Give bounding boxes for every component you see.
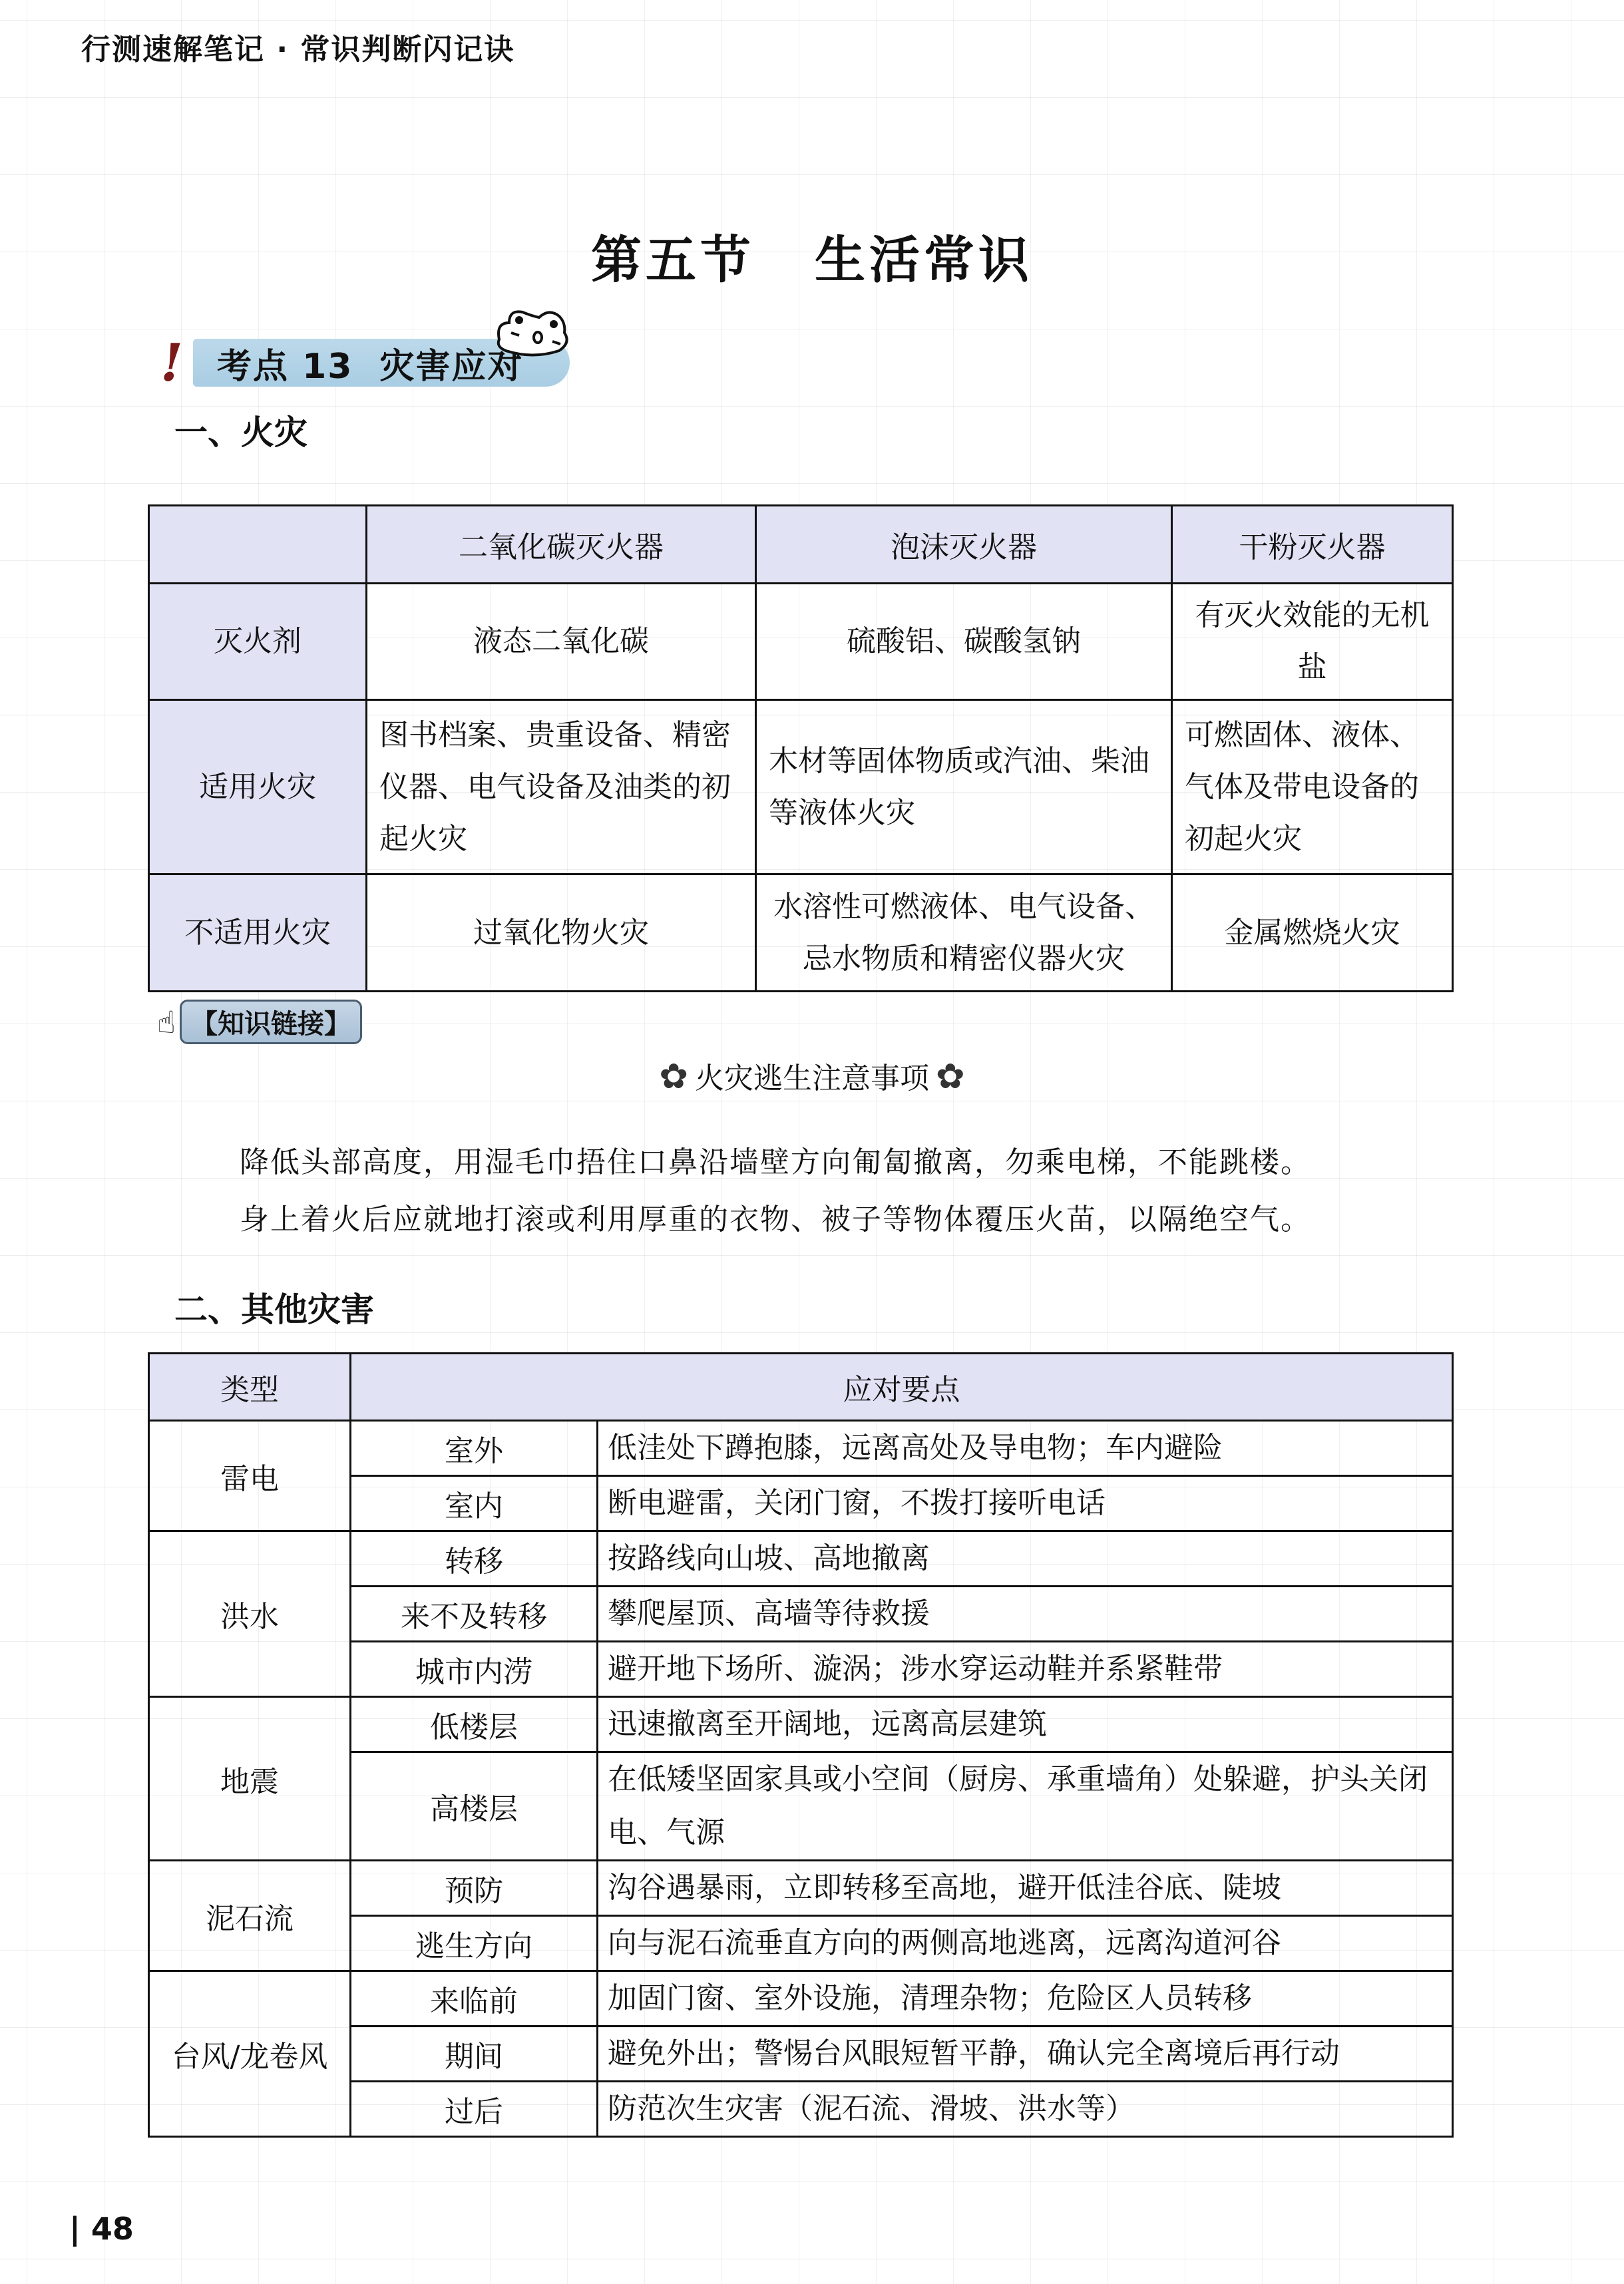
disaster-text: 迅速撤离至开阔地，远离高层建筑: [598, 1697, 1453, 1752]
disaster-sub: 城市内涝: [351, 1642, 598, 1697]
disaster-sub: 转移: [351, 1531, 598, 1587]
section-heading-fire: 一、火灾: [174, 406, 307, 454]
fire-tips-title: ✿火灾逃生注意事项✿: [0, 1054, 1624, 1097]
key-point-label: 考点 13: [217, 338, 353, 388]
disaster-sub: 高楼层: [351, 1752, 598, 1861]
disaster-type: 台风/龙卷风: [149, 1971, 351, 2137]
disaster-text: 避免外出；警惕台风眼短暂平静，确认完全离境后再行动: [598, 2026, 1453, 2082]
table-cell: 木材等固体物质或汽油、柴油等液体火灾: [756, 700, 1172, 874]
table-cell: 有灭火效能的无机盐: [1172, 584, 1453, 700]
chapter-name: 生活常识: [815, 230, 1033, 289]
page-number: | 48: [69, 2211, 134, 2247]
knowledge-link: ☝ 【知识链接】: [157, 1000, 362, 1044]
row-label: 灭火剂: [149, 584, 367, 700]
table-header: 类型: [149, 1354, 351, 1421]
fire-tip-line: 降低头部高度，用湿毛巾捂住口鼻沿墙壁方向匍匐撤离，勿乘电梯，不能跳楼。: [240, 1138, 1311, 1181]
disaster-sub: 期间: [351, 2026, 598, 2082]
disaster-text: 按路线向山坡、高地撤离: [598, 1531, 1453, 1587]
fire-tips-title-text: 火灾逃生注意事项: [695, 1061, 929, 1095]
table-row: 灭火剂 液态二氧化碳 硫酸铝、碳酸氢钠 有灭火效能的无机盐: [149, 584, 1453, 700]
table-cell: 液态二氧化碳: [367, 584, 756, 700]
disaster-sub: 室外: [351, 1421, 598, 1476]
flower-icon: ✿: [936, 1057, 965, 1097]
page-number-value: 48: [91, 2211, 134, 2247]
disaster-sub: 来临前: [351, 1971, 598, 2026]
disaster-sub: 逃生方向: [351, 1916, 598, 1971]
disaster-text: 沟谷遇暴雨，立即转移至高地，避开低洼谷底、陡坡: [598, 1861, 1453, 1916]
disaster-sub: 室内: [351, 1476, 598, 1531]
disaster-sub: 预防: [351, 1861, 598, 1916]
table-row: 地震 低楼层 迅速撤离至开阔地，远离高层建筑: [149, 1697, 1453, 1752]
table-cell: 水溶性可燃液体、电气设备、忌水物质和精密仪器火灾: [756, 874, 1172, 992]
table-row: 洪水 转移 按路线向山坡、高地撤离: [149, 1531, 1453, 1587]
disaster-text: 在低矮坚固家具或小空间（厨房、承重墙角）处躲避，护头关闭电、气源: [598, 1752, 1453, 1861]
disaster-text: 断电避雷，关闭门窗，不拨打接听电话: [598, 1476, 1453, 1531]
disaster-type: 洪水: [149, 1531, 351, 1697]
table-header-row: 二氧化碳灭火器 泡沫灭火器 干粉灭火器: [149, 506, 1453, 584]
frog-icon: [493, 303, 572, 363]
disaster-text: 向与泥石流垂直方向的两侧高地逃离，远离沟道河谷: [598, 1916, 1453, 1971]
disaster-type: 雷电: [149, 1421, 351, 1531]
table-cell: 硫酸铝、碳酸氢钠: [756, 584, 1172, 700]
table-header: 二氧化碳灭火器: [367, 506, 756, 584]
table-cell: 图书档案、贵重设备、精密仪器、电气设备及油类的初起火灾: [367, 700, 756, 874]
row-label: 不适用火灾: [149, 874, 367, 992]
table-header: 干粉灭火器: [1172, 506, 1453, 584]
table-row: 台风/龙卷风 来临前 加固门窗、室外设施，清理杂物；危险区人员转移: [149, 1971, 1453, 2026]
disaster-table: 类型 应对要点 雷电 室外 低洼处下蹲抱膝，远离高处及导电物；车内避险 室内 断…: [148, 1352, 1454, 2138]
table-cell: 金属燃烧火灾: [1172, 874, 1453, 992]
chapter-number: 第五节: [591, 230, 755, 289]
disaster-text: 加固门窗、室外设施，清理杂物；危险区人员转移: [598, 1971, 1453, 2026]
row-label: 适用火灾: [149, 700, 367, 874]
table-cell: 过氧化物火灾: [367, 874, 756, 992]
table-cell: 可燃固体、液体、气体及带电设备的初起火灾: [1172, 700, 1453, 874]
table-row: 雷电 室外 低洼处下蹲抱膝，远离高处及导电物；车内避险: [149, 1421, 1453, 1476]
chapter-title: 第五节生活常识: [0, 220, 1624, 292]
disaster-text: 攀爬屋顶、高墙等待救援: [598, 1587, 1453, 1642]
disaster-type: 地震: [149, 1697, 351, 1861]
exclamation-icon: !: [158, 337, 185, 389]
table-row: 适用火灾 图书档案、贵重设备、精密仪器、电气设备及油类的初起火灾 木材等固体物质…: [149, 700, 1453, 874]
table-row: 泥石流 预防 沟谷遇暴雨，立即转移至高地，避开低洼谷底、陡坡: [149, 1861, 1453, 1916]
knowledge-link-label: 【知识链接】: [180, 1000, 362, 1044]
fire-extinguisher-table: 二氧化碳灭火器 泡沫灭火器 干粉灭火器 灭火剂 液态二氧化碳 硫酸铝、碳酸氢钠 …: [148, 504, 1454, 992]
running-head: 行测速解笔记 · 常识判断闪记诀: [81, 25, 514, 68]
disaster-text: 低洼处下蹲抱膝，远离高处及导电物；车内避险: [598, 1421, 1453, 1476]
fire-tip-line: 身上着火后应就地打滚或利用厚重的衣物、被子等物体覆压火苗，以隔绝空气。: [240, 1195, 1311, 1238]
pointing-hand-icon: ☝: [157, 1004, 176, 1040]
table-header-corner: [149, 506, 367, 584]
table-header: 泡沫灭火器: [756, 506, 1172, 584]
disaster-sub: 低楼层: [351, 1697, 598, 1752]
table-row: 不适用火灾 过氧化物火灾 水溶性可燃液体、电气设备、忌水物质和精密仪器火灾 金属…: [149, 874, 1453, 992]
flower-icon: ✿: [659, 1057, 688, 1097]
table-header: 应对要点: [351, 1354, 1453, 1421]
section-heading-other: 二、其他灾害: [174, 1283, 374, 1331]
disaster-text: 防范次生灾害（泥石流、滑坡、洪水等）: [598, 2082, 1453, 2137]
disaster-type: 泥石流: [149, 1861, 351, 1971]
page: 行测速解笔记 · 常识判断闪记诀 第五节生活常识 ! 考点 13灾害应对 一、火…: [0, 0, 1624, 2284]
disaster-sub: 过后: [351, 2082, 598, 2137]
table-header-row: 类型 应对要点: [149, 1354, 1453, 1421]
disaster-sub: 来不及转移: [351, 1587, 598, 1642]
disaster-text: 避开地下场所、漩涡；涉水穿运动鞋并系紧鞋带: [598, 1642, 1453, 1697]
